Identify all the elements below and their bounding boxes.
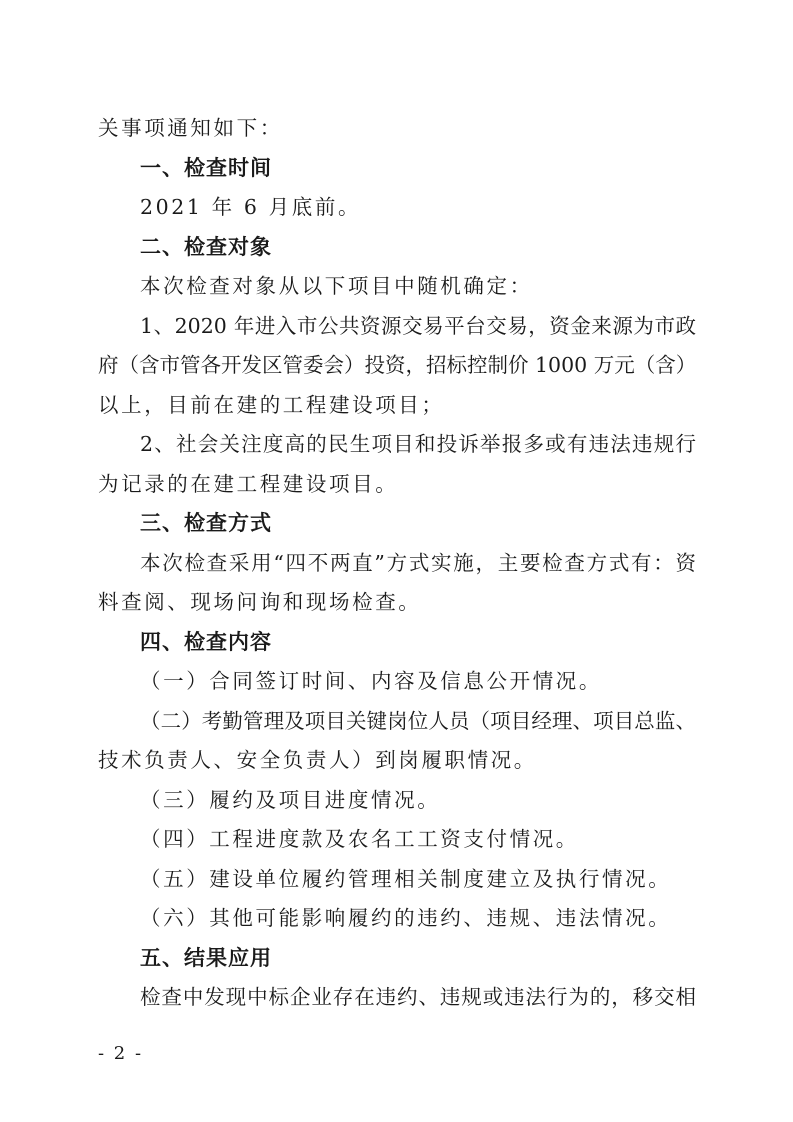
body-text-content-item-2: （二）考勤管理及项目关键岗位人员（项目经理、项目总监、	[98, 702, 696, 742]
body-text-content-item-2-cont: 技术负责人、安全负责人）到岗履职情况。	[98, 741, 696, 781]
body-text-content-item-5: （五）建设单位履约管理相关制度建立及执行情况。	[98, 860, 696, 900]
body-text-continuation: 关事项通知如下：	[98, 109, 696, 149]
section-heading-inspection-targets: 二、检查对象	[98, 228, 696, 268]
section-heading-inspection-content: 四、检查内容	[98, 623, 696, 663]
body-text-target-item-1-cont: 府（含市管各开发区管委会）投资，招标控制价 1000 万元（含）	[98, 346, 696, 386]
body-text-method: 本次检查采用“四不两直”方式实施，主要检查方式有：资	[98, 544, 696, 584]
document-page: 关事项通知如下： 一、检查时间 2021 年 6 月底前。 二、检查对象 本次检…	[98, 109, 696, 1018]
section-heading-inspection-method: 三、检查方式	[98, 504, 696, 544]
body-text-content-item-1: （一）合同签订时间、内容及信息公开情况。	[98, 662, 696, 702]
body-text-content-item-3: （三）履约及项目进度情况。	[98, 781, 696, 821]
body-text-target-item-1-cont: 以上，目前在建的工程建设项目；	[98, 386, 696, 426]
body-text-targets-intro: 本次检查对象从以下项目中随机确定：	[98, 267, 696, 307]
section-heading-inspection-time: 一、检查时间	[98, 149, 696, 189]
body-text-inspection-time: 2021 年 6 月底前。	[98, 188, 696, 228]
section-heading-result-application: 五、结果应用	[98, 939, 696, 979]
body-text-target-item-2: 2、社会关注度高的民生项目和投诉举报多或有违法违规行	[98, 425, 696, 465]
body-text-target-item-2-cont: 为记录的在建工程建设项目。	[98, 465, 696, 505]
body-text-method-cont: 料查阅、现场问询和现场检查。	[98, 583, 696, 623]
body-text-result-application: 检查中发现中标企业存在违约、违规或违法行为的，移交相	[98, 978, 696, 1018]
body-text-content-item-4: （四）工程进度款及农名工工资支付情况。	[98, 820, 696, 860]
body-text-content-item-6: （六）其他可能影响履约的违约、违规、违法情况。	[98, 899, 696, 939]
page-number: - 2 -	[98, 1043, 143, 1064]
body-text-target-item-1: 1、2020 年进入市公共资源交易平台交易，资金来源为市政	[98, 307, 696, 347]
